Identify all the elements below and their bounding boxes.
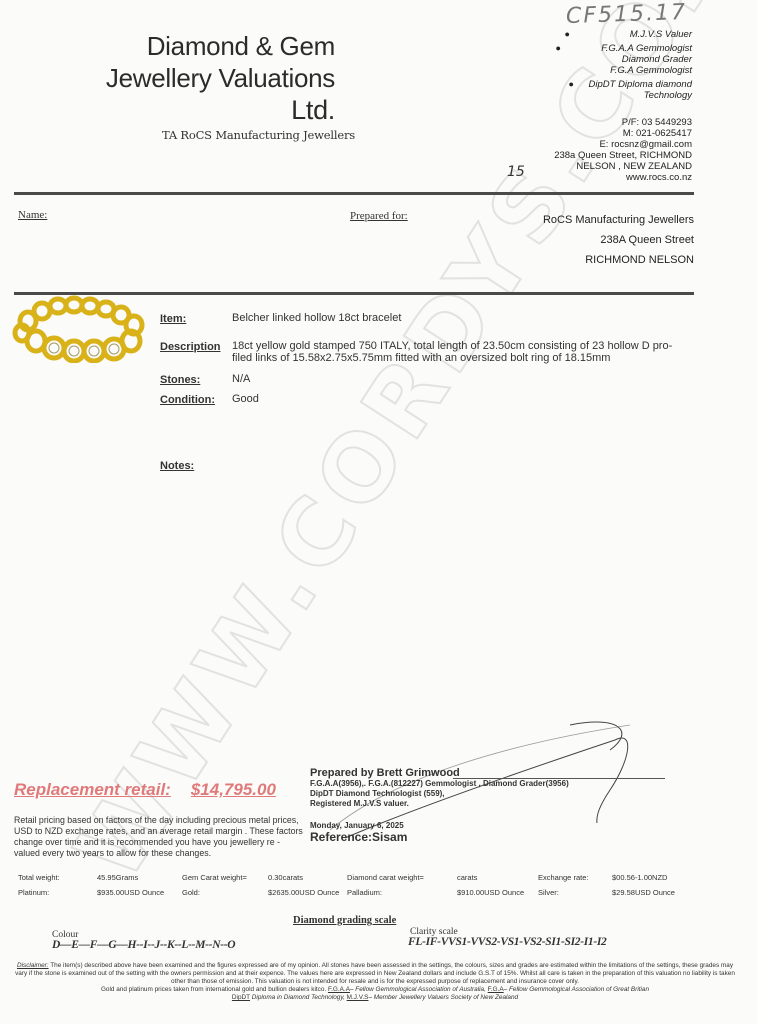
- qualification-1: ● M.J.V.S Valuer: [589, 29, 692, 40]
- item-label: Item:: [160, 313, 186, 325]
- exchange-rate-value: $00.56-1.00NZD: [612, 873, 667, 882]
- valuer-block: Prepared by Brett Grimwood F.G.A.A(3956)…: [310, 767, 569, 844]
- disclaimer: Disclaimer: The item(s) described above …: [14, 962, 736, 1002]
- gold-value: $2635.00USD Ounce: [268, 888, 339, 897]
- diamond-carat-label: Diamond carat weight=: [347, 873, 424, 882]
- client-address: RoCS Manufacturing Jewellers 238A Queen …: [543, 210, 694, 270]
- colour-scale: D—E—F—G—H--I--J--K--L--M--N--O: [52, 939, 235, 951]
- gem-carat-label: Gem Carat weight=: [182, 873, 247, 882]
- condition-label: Condition:: [160, 394, 215, 406]
- replacement-label: Replacement retail:: [14, 780, 171, 799]
- condition-value: Good: [232, 393, 259, 405]
- contact-block: P/F: 03 5449293 M: 021-0625417 E: rocsnz…: [554, 117, 692, 183]
- client-name: RoCS Manufacturing Jewellers: [543, 210, 694, 230]
- palladium-value: $910.00USD Ounce: [457, 888, 524, 897]
- total-weight-value: 45.95Grams: [97, 873, 138, 882]
- website-link[interactable]: www.rocs.co.nz: [554, 172, 692, 183]
- qualification-2: ● F.G.A.A Gemmologist Diamond Grader F.G…: [589, 43, 692, 76]
- phone-fax: P/F: 03 5449293: [554, 117, 692, 128]
- stones-label: Stones:: [160, 374, 200, 386]
- qualification-3: ● DipDT Diploma diamond Technology: [589, 79, 692, 101]
- handwritten-reference: CF515.17: [566, 0, 688, 29]
- credentials-1: F.G.A.A(3956),. F.G.A.(812227) Gemmologi…: [310, 779, 569, 789]
- company-name: Diamond & Gem Jewellery Valuations Ltd.: [106, 30, 335, 126]
- clarity-scale: FL-IF-VVS1-VVS2-VS1-VS2-SI1-SI2-I1-I2: [408, 936, 607, 948]
- valuation-date: Monday, January 6, 2025: [310, 821, 569, 830]
- bracelet-image: [6, 293, 148, 363]
- diamond-carat-value: carats: [457, 873, 477, 882]
- credentials-3: Registered M.J.V.S valuer.: [310, 799, 569, 809]
- street-address: 238a Queen Street, RICHMOND: [554, 150, 692, 161]
- notes-label: Notes:: [160, 460, 194, 472]
- city-country: NELSON , NEW ZEALAND: [554, 161, 692, 172]
- prepared-for-label: Prepared for:: [350, 210, 408, 222]
- email-link[interactable]: E: rocsnz@gmail.com: [554, 139, 692, 150]
- client-city: RICHMOND NELSON: [543, 250, 694, 270]
- platinum-value: $935.00USD Ounce: [97, 888, 164, 897]
- company-line-1: Diamond & Gem: [106, 30, 335, 62]
- replacement-retail: Replacement retail:$14,795.00: [14, 780, 276, 800]
- description-label: Description: [160, 341, 221, 353]
- replacement-amount: $14,795.00: [191, 780, 276, 799]
- exchange-rate-label: Exchange rate:: [538, 873, 588, 882]
- bullet-icon: ●: [565, 29, 570, 40]
- signature-line: [453, 778, 665, 779]
- handwritten-count: 15: [507, 164, 525, 180]
- stones-value: N/A: [232, 373, 250, 385]
- company-line-3: Ltd.: [106, 94, 335, 126]
- grading-title: Diamond grading scale: [293, 915, 396, 926]
- company-line-2: Jewellery Valuations: [106, 62, 335, 94]
- mobile: M: 021-0625417: [554, 128, 692, 139]
- tagline: TA RoCS Manufacturing Jewellers: [162, 128, 355, 142]
- total-weight-label: Total weight:: [18, 873, 60, 882]
- retail-pricing-note: Retail pricing based on factors of the d…: [14, 815, 304, 859]
- gem-carat-value: 0.30carats: [268, 873, 303, 882]
- name-label: Name:: [18, 209, 47, 221]
- disclaimer-label: Disclaimer:: [17, 962, 49, 969]
- item-value: Belcher linked hollow 18ct bracelet: [232, 312, 401, 324]
- description-value: 18ct yellow gold stamped 750 ITALY, tota…: [232, 340, 692, 364]
- silver-value: $29.58USD Ounce: [612, 888, 675, 897]
- client-street: 238A Queen Street: [543, 230, 694, 250]
- gold-label: Gold:: [182, 888, 200, 897]
- platinum-label: Platinum:: [18, 888, 49, 897]
- bullet-icon: ●: [556, 43, 561, 54]
- credentials-2: DipDT Diamond Technologist (559),: [310, 789, 569, 799]
- bullet-icon: ●: [569, 79, 574, 90]
- header-divider: [14, 192, 694, 195]
- reference: Reference:Sisam: [310, 830, 569, 844]
- palladium-label: Palladium:: [347, 888, 382, 897]
- qualifications-list: ● M.J.V.S Valuer ● F.G.A.A Gemmologist D…: [589, 29, 692, 104]
- silver-label: Silver:: [538, 888, 559, 897]
